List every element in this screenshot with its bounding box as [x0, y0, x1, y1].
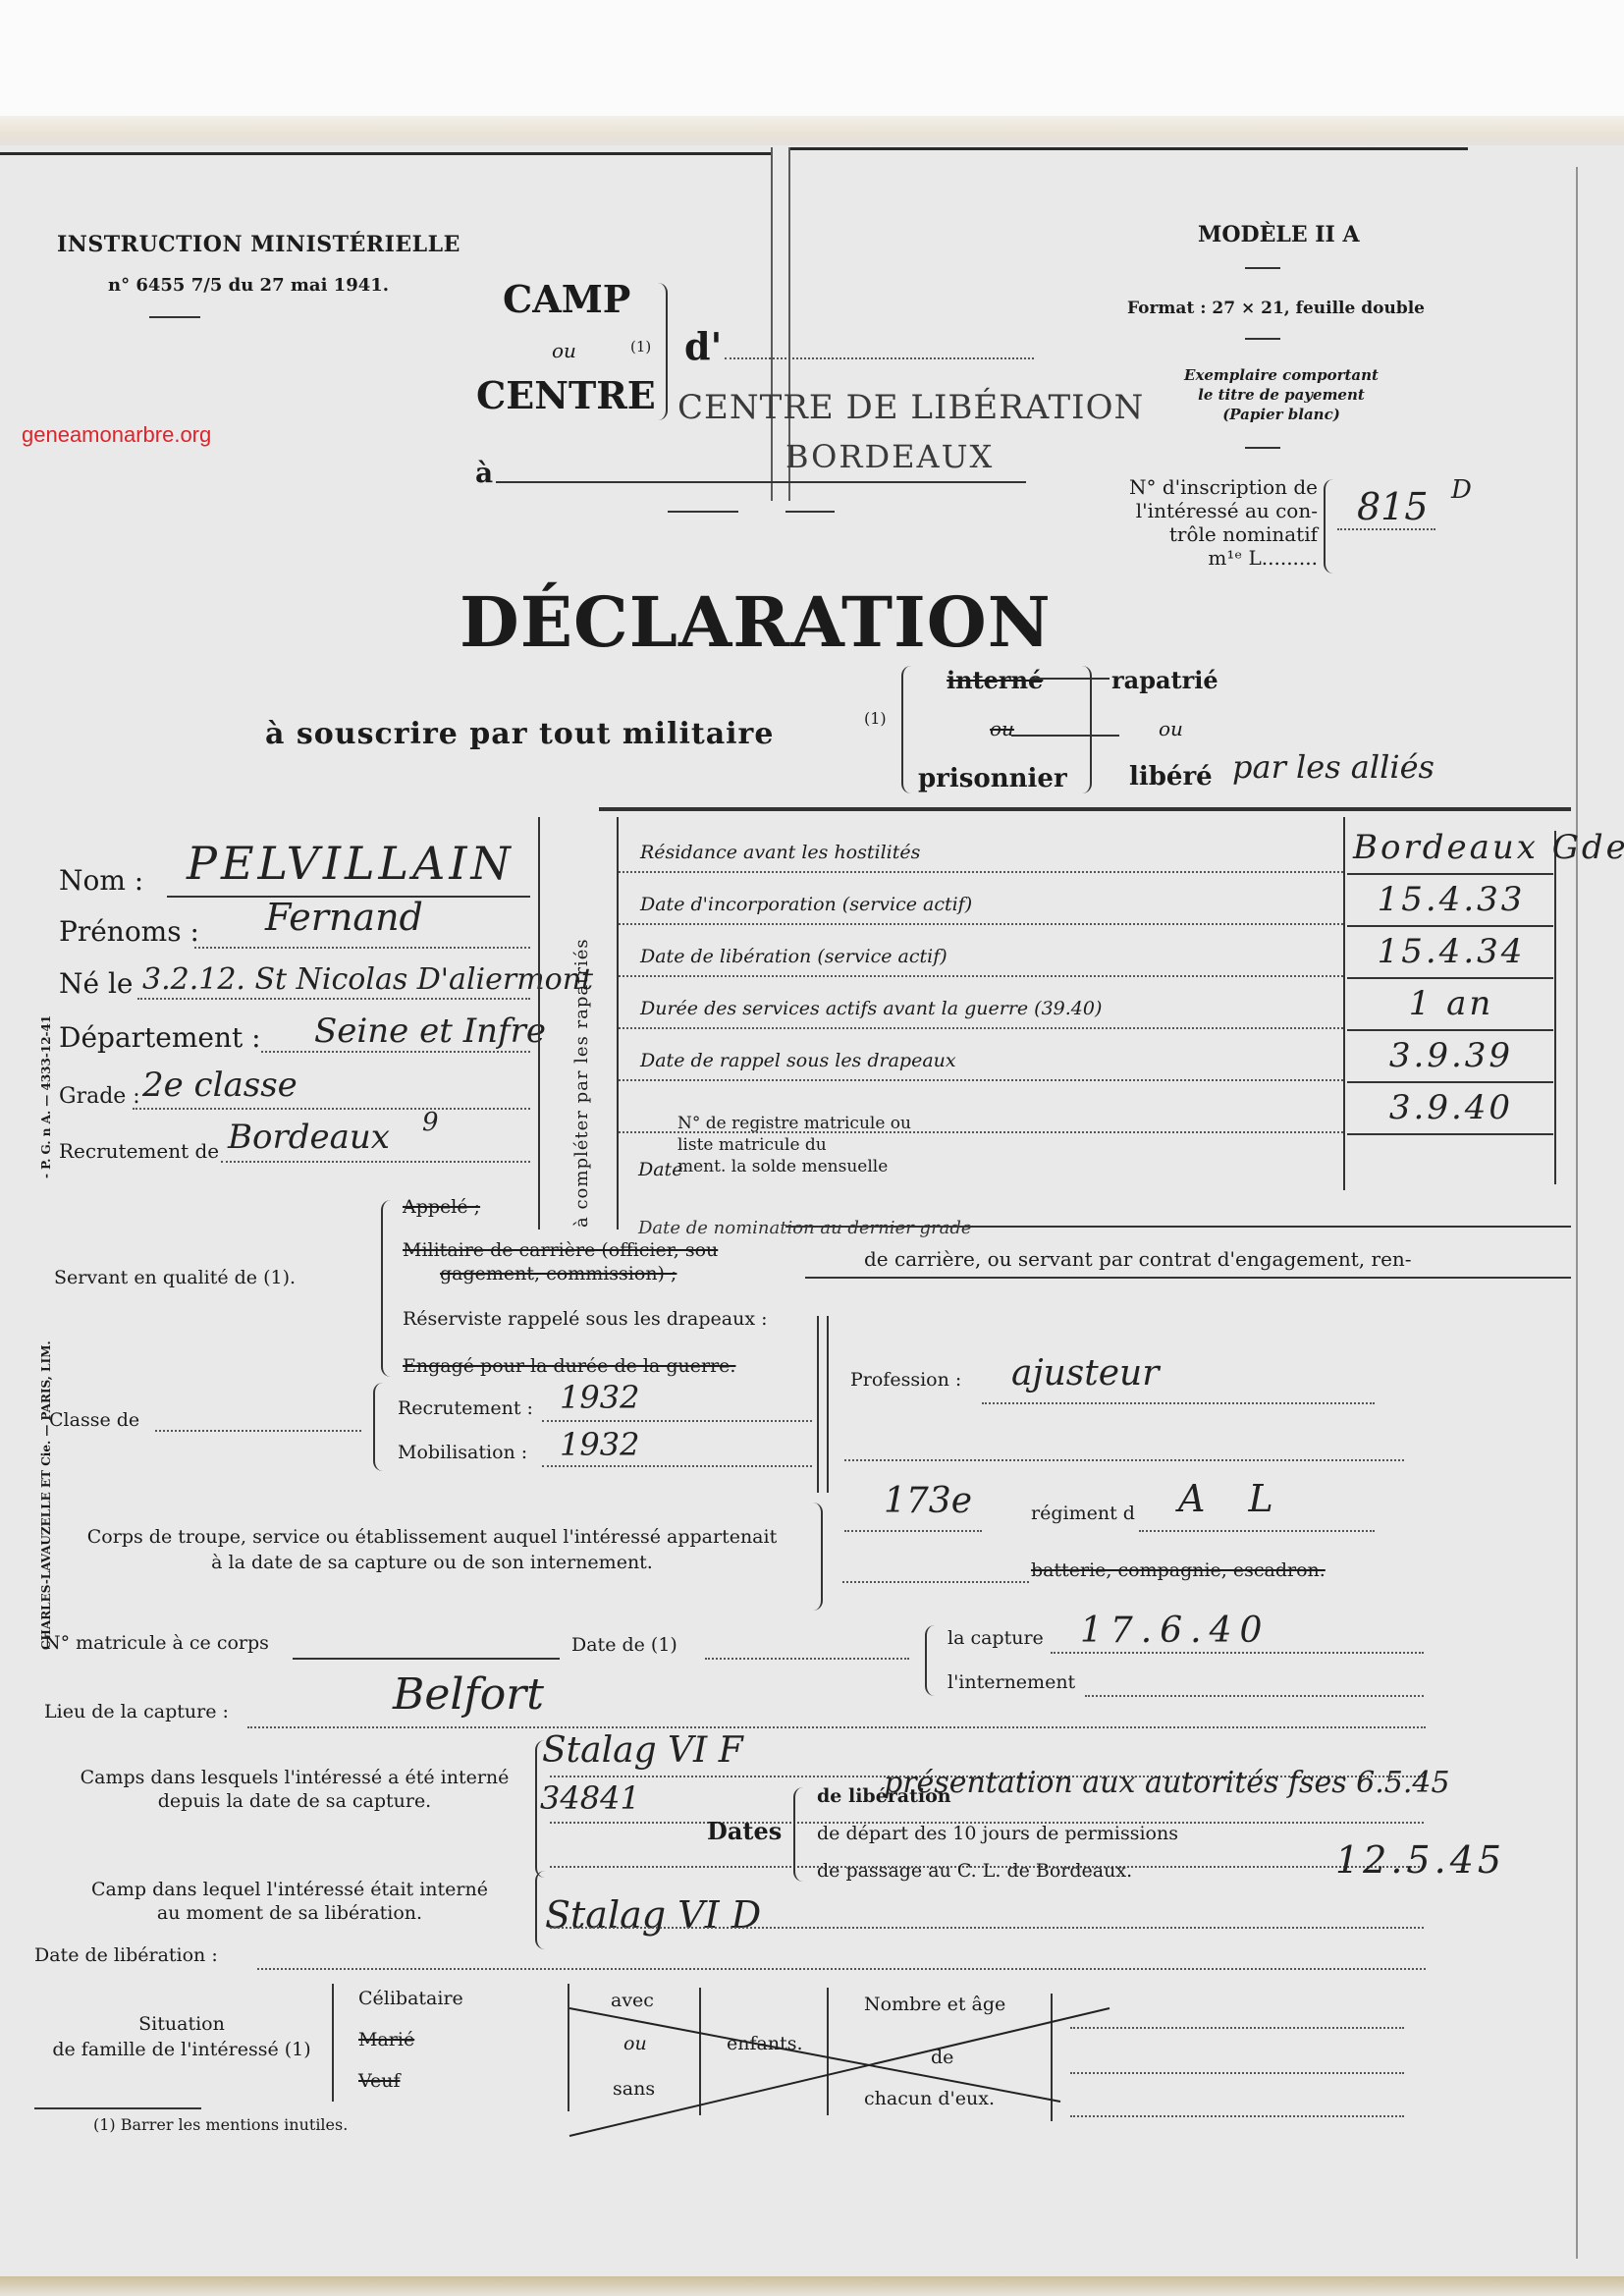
classe-mobilisation-label: Mobilisation : — [398, 1442, 527, 1463]
service-row-label: Durée des services actifs avant la guerr… — [640, 998, 1102, 1019]
famille-label: Situation de famille de l'intéressé (1) — [29, 2011, 334, 2062]
camp-name-field[interactable] — [725, 357, 1034, 359]
famille-veuf: Veuf — [358, 2070, 401, 2092]
instruction-ref: n° 6455 7/5 du 27 mai 1941. — [108, 275, 389, 296]
modele-label: MODÈLE II A — [1198, 222, 1360, 247]
departement-value: Seine et Infre — [314, 1011, 546, 1051]
footnote-mark: (1) — [864, 709, 887, 728]
divider — [1245, 447, 1280, 449]
stamp-line2: BORDEAUX — [785, 438, 994, 475]
service-row-line — [619, 975, 1343, 977]
date-de-label: Date de (1) — [571, 1634, 677, 1656]
camp-liberation-value: Stalag VI D — [545, 1893, 761, 1937]
camp-liberation-field[interactable] — [550, 1927, 1424, 1929]
internement-label: l'internement — [947, 1671, 1075, 1693]
classe-recrutement-label: Recrutement : — [398, 1397, 533, 1419]
date-liberation-value: présentation aux autorités fses 6.5.45 — [884, 1766, 1450, 1800]
printer-mark: - P. G. n A. — 4333-12-41 — [39, 1015, 53, 1178]
divider — [332, 1984, 334, 2102]
ne-field[interactable] — [137, 998, 530, 1000]
brace — [793, 1787, 803, 1882]
corps-label-line: Corps de troupe, service ou établissemen… — [44, 1524, 820, 1550]
ne-value: 3.2.12. St Nicolas D'aliermont — [142, 962, 593, 997]
declaration-subtitle: à souscrire par tout militaire — [265, 717, 774, 751]
regiment-number: 173e — [884, 1481, 972, 1521]
service-row-value-field[interactable] — [1347, 1029, 1553, 1031]
brace — [1080, 666, 1092, 793]
service-row-value: 3.9.39 — [1353, 1036, 1549, 1075]
footnote-mark: (1) — [630, 338, 651, 355]
centre-label: CENTRE — [476, 373, 656, 417]
overlay-line: liste matricule du — [677, 1134, 911, 1156]
recrutement-extra: 9 — [422, 1108, 439, 1137]
strike-line — [1011, 735, 1119, 737]
divider-double — [827, 1316, 829, 1493]
status-interne: interné — [947, 666, 1043, 694]
divider — [1245, 267, 1280, 269]
brace — [381, 1200, 391, 1377]
unit-field[interactable] — [842, 1581, 1029, 1583]
matricule-label: N° matricule à ce corps — [44, 1632, 269, 1654]
divider — [785, 511, 835, 513]
recrutement-value: Bordeaux — [228, 1118, 390, 1157]
service-row-label: Date d'incorporation (service actif) — [640, 894, 972, 915]
service-row-value-field[interactable] — [1347, 977, 1553, 979]
corps-label-line: à la date de sa capture ou de son intern… — [44, 1550, 820, 1575]
camp-value-1: Stalag VI F — [542, 1730, 743, 1771]
overlay-line: N° de registre matricule ou — [677, 1113, 911, 1134]
exemplaire-line: (Papier blanc) — [1173, 405, 1389, 424]
date-passage-value: 12.5.45 — [1335, 1838, 1505, 1882]
grade-label: Grade : — [59, 1084, 140, 1109]
camps-label-line: depuis la date de sa capture. — [39, 1789, 550, 1813]
exemplaire-line: Exemplaire comportant — [1173, 365, 1389, 385]
departement-field[interactable] — [261, 1051, 530, 1053]
nom-label: Nom : — [59, 864, 143, 897]
table-border — [538, 817, 540, 1230]
camp-liberation-label: Camp dans lequel l'intéressé était inter… — [34, 1878, 545, 1925]
right-edge — [1576, 167, 1578, 2259]
overlay-date: Date — [638, 1159, 682, 1180]
profession-label: Profession : — [850, 1369, 961, 1391]
camps-label: Camps dans lesquels l'intéressé a été in… — [39, 1766, 550, 1813]
profession-field-2[interactable] — [844, 1459, 1404, 1461]
regiment-number-field[interactable] — [844, 1530, 982, 1532]
torn-edge — [785, 1226, 1571, 1228]
service-option-appele: Appelé ; — [403, 1196, 480, 1218]
nom-value: PELVILLAIN — [187, 837, 514, 890]
paper-bottom-edge — [0, 2276, 1624, 2296]
footnote: (1) Barrer les mentions inutiles. — [93, 2115, 348, 2134]
inscription-field[interactable] — [1337, 528, 1435, 530]
instruction-title: INSTRUCTION MINISTÉRIELLE — [57, 232, 460, 257]
fold-line — [771, 147, 773, 501]
recrutement-field[interactable] — [221, 1161, 530, 1163]
regiment-type: A L — [1178, 1477, 1289, 1520]
side-vertical-text: à compléter par les rapatriés — [571, 938, 592, 1228]
service-row-label: Résidance avant les hostilités — [640, 842, 920, 863]
service-row-value: 15.4.34 — [1353, 932, 1549, 971]
service-option-carriere-2: gagement, commission) ; — [440, 1263, 677, 1285]
classe-field — [155, 1430, 361, 1432]
service-row-value-field[interactable] — [1347, 925, 1553, 927]
table-border — [1343, 817, 1345, 1190]
status-rapatrie: rapatrié — [1111, 666, 1218, 694]
divider — [1245, 338, 1280, 340]
brace — [656, 283, 668, 420]
watermark: geneamonarbre.org — [22, 422, 211, 448]
grade-field[interactable] — [133, 1108, 530, 1110]
service-row-line — [619, 923, 1343, 925]
inscription-label: N° d'inscription de l'intéressé au con- … — [1102, 475, 1318, 570]
date-liberation-field[interactable] — [257, 1968, 1426, 1970]
date-liberation-label: Date de libération : — [34, 1944, 218, 1966]
prenoms-field[interactable] — [194, 947, 530, 949]
top-border-left — [0, 152, 771, 155]
divider-double — [817, 1316, 819, 1493]
famille-label-line: Situation — [29, 2011, 334, 2037]
inscription-line: l'intéressé au con- — [1102, 499, 1318, 522]
inscription-line: m¹ᵉ L......... — [1102, 546, 1318, 570]
lieu-capture-label: Lieu de la capture : — [44, 1701, 229, 1722]
service-row-value: Bordeaux Gde — [1353, 828, 1549, 867]
brace — [1324, 479, 1335, 574]
status-note: par les alliés — [1232, 748, 1435, 786]
brace — [901, 666, 913, 793]
lieu-capture-value: Belfort — [393, 1669, 544, 1720]
exemplaire-line: le titre de payement — [1173, 385, 1389, 405]
service-row-label: Date de rappel sous les drapeaux — [640, 1050, 956, 1071]
service-row-value: 3.9.40 — [1353, 1088, 1549, 1127]
exemplaire-note: Exemplaire comportant le titre de payeme… — [1173, 365, 1389, 424]
service-row-value: 15.4.33 — [1353, 880, 1549, 919]
service-row-value-field[interactable] — [1347, 873, 1553, 875]
top-border-right — [790, 147, 1468, 150]
stamp-line1: CENTRE DE LIBÉRATION — [677, 388, 1144, 427]
brace — [373, 1383, 383, 1471]
dates-label: Dates — [707, 1817, 782, 1845]
divider — [805, 1277, 1571, 1279]
inscription-suffix: D — [1451, 475, 1472, 505]
scan-background — [0, 0, 1624, 128]
format-label: Format : 27 × 21, feuille double — [1127, 299, 1425, 318]
classe-mobilisation-value: 1932 — [560, 1426, 639, 1463]
divider — [668, 511, 738, 513]
service-option-engage: Engagé pour la durée de la guerre. — [403, 1355, 735, 1377]
date-depart-row: de départ des 10 jours de permissions — [817, 1823, 1178, 1844]
famille-celibataire: Célibataire — [358, 1988, 463, 2009]
regiment-type-field[interactable] — [1139, 1530, 1375, 1532]
camp-label: CAMP — [503, 277, 630, 321]
service-row-line — [619, 871, 1343, 873]
corps-label: Corps de troupe, service ou établissemen… — [44, 1524, 820, 1575]
date-de-field — [705, 1658, 909, 1660]
date-dernier-grade: Date de nomination au dernier grade — [638, 1218, 972, 1238]
ou-label: ou — [552, 339, 576, 362]
capture-date-value: 17.6.40 — [1080, 1611, 1270, 1651]
famille-marie: Marié — [358, 2029, 414, 2050]
inscription-line: N° d'inscription de — [1102, 475, 1318, 499]
brace — [813, 1503, 823, 1611]
printer-mark: CHARLES-LAVAUZELLE ET Cie. — PARIS, LIM. — [39, 1340, 53, 1650]
regiment-label: régiment d — [1031, 1503, 1135, 1524]
camp-value-2: 34841 — [540, 1779, 640, 1817]
capture-date-field[interactable] — [1051, 1652, 1424, 1654]
departement-label: Département : — [59, 1021, 261, 1054]
camps-label-line: Camps dans lesquels l'intéressé a été in… — [39, 1766, 550, 1789]
status-libere: libéré — [1129, 762, 1213, 792]
capture-label: la capture — [947, 1627, 1044, 1649]
strike-cross — [560, 1994, 1149, 2141]
service-row-value-field[interactable] — [1347, 1133, 1553, 1135]
table-border — [1554, 831, 1556, 1184]
service-row-line — [619, 1027, 1343, 1029]
date-passage-row: de passage au C. L. de Bordeaux. — [817, 1860, 1132, 1882]
divider — [149, 316, 200, 318]
camp-liberation-label-line: Camp dans lequel l'intéressé était inter… — [34, 1878, 545, 1901]
service-row-value-field[interactable] — [1347, 1081, 1553, 1083]
service-option-reserviste: Réserviste rappelé sous les drapeaux : — [403, 1308, 767, 1330]
brace — [925, 1625, 935, 1696]
paper-top-edge — [0, 116, 1624, 145]
inscription-line: trôle nominatif — [1102, 522, 1318, 546]
torn-line: de carrière, ou servant par contrat d'en… — [864, 1247, 1412, 1271]
matricule-field[interactable] — [293, 1658, 560, 1660]
unit-options: batterie, compagnie, escadron. — [1031, 1559, 1326, 1581]
status-prisonnier: prisonnier — [918, 764, 1067, 793]
ne-label: Né le — [59, 967, 134, 1000]
status-ou: ou — [990, 717, 1014, 740]
camp-location-field[interactable] — [496, 481, 1026, 483]
inscription-value: 815 — [1357, 485, 1429, 528]
status-ou-right: ou — [1159, 717, 1183, 740]
table-border — [617, 817, 619, 1230]
a-prefix: à — [475, 457, 493, 489]
brace — [535, 1871, 545, 1949]
overlay-line: ment. la solde mensuelle — [677, 1156, 911, 1177]
recrutement-label: Recrutement de — [59, 1139, 219, 1163]
lieu-capture-field[interactable] — [247, 1726, 1426, 1728]
famille-label-line: de famille de l'intéressé (1) — [29, 2037, 334, 2062]
internement-date-field[interactable] — [1085, 1695, 1424, 1697]
overlay-lines: N° de registre matricule ou liste matric… — [677, 1113, 911, 1177]
grade-value: 2e classe — [142, 1066, 298, 1105]
service-row-label: Date de libération (service actif) — [640, 946, 947, 967]
prenoms-label: Prénoms : — [59, 915, 199, 948]
service-row-value: 1 an — [1353, 984, 1549, 1023]
classe-recrutement-field[interactable] — [542, 1420, 812, 1422]
service-option-carriere: Militaire de carrière (officier, sou — [403, 1239, 718, 1261]
profession-field[interactable] — [982, 1402, 1375, 1404]
d-prefix: d' — [684, 324, 722, 368]
camp-liberation-label-line: au moment de sa libération. — [34, 1901, 545, 1925]
classe-label: Classe de — [49, 1409, 139, 1431]
profession-value: ajusteur — [1011, 1353, 1159, 1394]
strike-line — [1031, 678, 1110, 680]
declaration-title: DÉCLARATION — [460, 581, 1052, 663]
section-divider — [599, 807, 1571, 811]
service-label: Servant en qualité de (1). — [54, 1267, 296, 1288]
divider — [34, 2107, 201, 2109]
classe-mobilisation-field[interactable] — [542, 1465, 812, 1467]
classe-recrutement-value: 1932 — [560, 1379, 639, 1416]
prenoms-value: Fernand — [265, 896, 423, 939]
service-row-line — [619, 1079, 1343, 1081]
